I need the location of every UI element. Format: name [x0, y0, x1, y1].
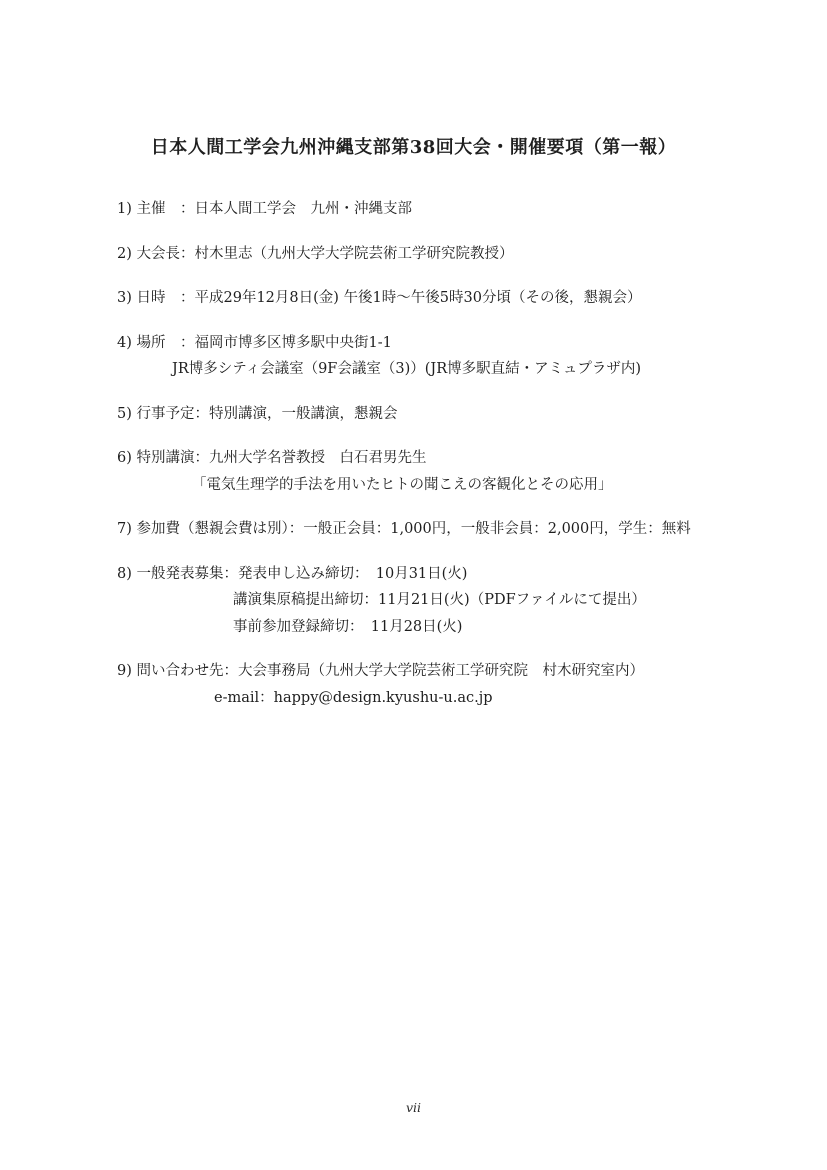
document-page: 日本人間工学会九州沖縄支部第38回大会・開催要項（第一報） 1) 主催 ：日本人…: [0, 0, 827, 1170]
item-venue-room: JR博多シティ会議室（9F会議室（3)）(JR博多駅直結・アミュプラザ内): [117, 356, 787, 383]
document-body: 1) 主催 ：日本人間工学会 九州・沖縄支部 2) 大会長：村木里志（九州大学大…: [117, 196, 787, 711]
item-contact-email: e-mail：happy@design.kyushu-u.ac.jp: [117, 685, 787, 712]
item-contact-office: 9) 問い合わせ先：大会事務局（九州大学大学院芸術工学研究院 村木研究室内）: [117, 658, 787, 685]
item-organizer-line: 1) 主催 ：日本人間工学会 九州・沖縄支部: [117, 196, 787, 223]
item-cfp-submission-deadline: 8) 一般発表募集：発表申し込み締切： 10月31日(火): [117, 561, 787, 588]
item-venue: 4) 場所 ：福岡市博多区博多駅中央街1-1 JR博多シティ会議室（9F会議室（…: [117, 330, 787, 383]
item-datetime-line: 3) 日時 ：平成29年12月8日(金) 午後1時～午後5時30分頃（その後，懇…: [117, 285, 787, 312]
item-cfp-registration-deadline: 事前参加登録締切： 11月28日(火): [117, 614, 787, 641]
page-number: vii: [0, 1100, 827, 1115]
item-venue-address: 4) 場所 ：福岡市博多区博多駅中央街1-1: [117, 330, 787, 357]
item-chair: 2) 大会長：村木里志（九州大学大学院芸術工学研究院教授）: [117, 241, 787, 268]
item-datetime: 3) 日時 ：平成29年12月8日(金) 午後1時～午後5時30分頃（その後，懇…: [117, 285, 787, 312]
item-special-lecture: 6) 特別講演：九州大学名誉教授 白石君男先生 「電気生理学的手法を用いたヒトの…: [117, 445, 787, 498]
item-program-line: 5) 行事予定：特別講演，一般講演，懇親会: [117, 401, 787, 428]
item-cfp-manuscript-deadline: 講演集原稿提出締切：11月21日(火)（PDFファイルにて提出）: [117, 587, 787, 614]
item-program: 5) 行事予定：特別講演，一般講演，懇親会: [117, 401, 787, 428]
item-call-for-papers: 8) 一般発表募集：発表申し込み締切： 10月31日(火) 講演集原稿提出締切：…: [117, 561, 787, 641]
item-fee: 7) 参加費（懇親会費は別）：一般正会員：1,000円，一般非会員：2,000円…: [117, 516, 787, 543]
item-contact: 9) 問い合わせ先：大会事務局（九州大学大学院芸術工学研究院 村木研究室内） e…: [117, 658, 787, 711]
item-special-lecture-speaker: 6) 特別講演：九州大学名誉教授 白石君男先生: [117, 445, 787, 472]
item-special-lecture-title: 「電気生理学的手法を用いたヒトの聞こえの客観化とその応用」: [117, 472, 787, 499]
document-title: 日本人間工学会九州沖縄支部第38回大会・開催要項（第一報）: [0, 0, 827, 162]
item-chair-line: 2) 大会長：村木里志（九州大学大学院芸術工学研究院教授）: [117, 241, 787, 268]
item-organizer: 1) 主催 ：日本人間工学会 九州・沖縄支部: [117, 196, 787, 223]
item-fee-line: 7) 参加費（懇親会費は別）：一般正会員：1,000円，一般非会員：2,000円…: [117, 516, 787, 543]
